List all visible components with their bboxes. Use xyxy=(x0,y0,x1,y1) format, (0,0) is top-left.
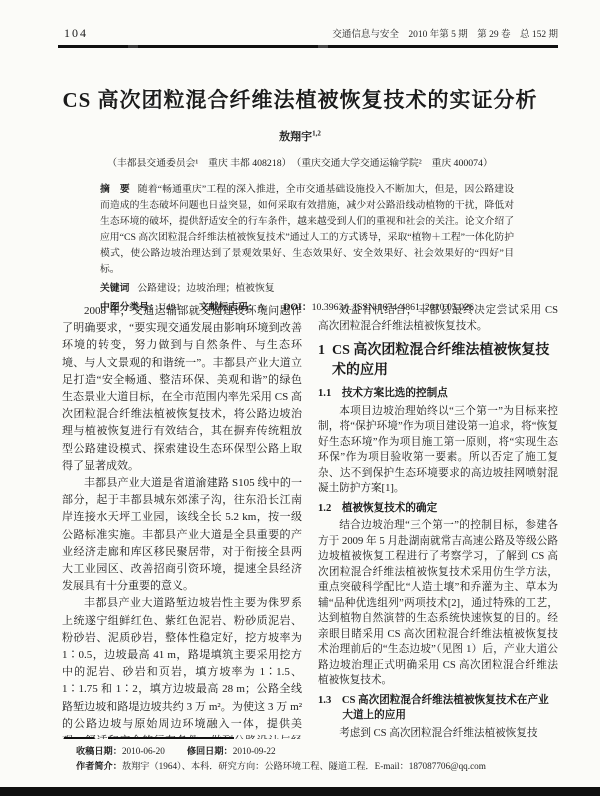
author-name: 敖翔宇 xyxy=(279,131,312,143)
two-column-body: 2008 年，交通运输部就交通建设环境问题作了明确要求，“要实现交通发展由影响环… xyxy=(62,303,558,739)
abstract-paragraph: 摘 要随着“畅通重庆”工程的深入推进，全市交通基础设施投入不断加大，但是，因公路… xyxy=(100,182,514,278)
subsection-1-1-heading: 1.1 技术方案比选的控制点 xyxy=(318,386,558,402)
section-1-title: CS 高次团粒混合纤维法植被恢复技术的应用 xyxy=(332,341,558,381)
abstract-text: 随着“畅通重庆”工程的深入推进，全市交通基础设施投入不断加大，但是，因公路建设而… xyxy=(100,184,514,275)
subsection-1-3-text: 考虑到 CS 高次团粒混合纤维法植被恢复技 xyxy=(318,726,558,740)
footnote-divider xyxy=(64,737,234,739)
subsection-1-1-text: 本项目边坡治理始终以“三个第一”为目标来控制，将“保护环境”作为项目建设第一追求… xyxy=(318,404,558,497)
front-matter: 摘 要随着“畅通重庆”工程的深入推进，全市交通基础设施投入不断加大，但是，因公路… xyxy=(100,182,514,316)
page-header: 104 交通信息与安全 2010 年第 5 期 第 29 卷 总 152 期 xyxy=(64,26,558,41)
subsection-1-3-heading: 1.3 CS 高次团粒混合纤维法植被恢复技术在产业大道上的应用 xyxy=(318,693,558,724)
section-1-number: 1 xyxy=(318,341,325,381)
page-number: 104 xyxy=(64,26,88,41)
keywords-line: 关键词公路建设；边坡治理；植被恢复 xyxy=(100,281,514,297)
subsection-1-2-text: 结合边坡治理“三个第一”的控制目标，参建各方于 2009 年 5 月赴湖南就常吉… xyxy=(318,518,558,689)
received-date: 2010-06-20 xyxy=(122,746,165,756)
article-title: CS 高次团粒混合纤维法植被恢复技术的实证分析 xyxy=(0,84,600,114)
revised-date: 2010-09-22 xyxy=(233,746,276,756)
body-paragraph: 丰都县产业大道路堑边坡岩性主要为侏罗系上统遂宁组鲜红色、紫红色泥岩、粉砂质泥岩、… xyxy=(62,595,302,739)
revised-label: 修回日期： xyxy=(187,746,233,756)
body-paragraph: 丰都县产业大道是省道渝建路 S105 线中的一部分，起于丰都县城东郊溹子沟，往东… xyxy=(62,475,302,595)
footnote-block: 收稿日期：2010-06-20修回日期：2010-09-22 作者简介：敖翔宇（… xyxy=(76,744,546,774)
subsection-1-2-heading: 1.2 植被恢复技术的确定 xyxy=(318,501,558,517)
left-column: 2008 年，交通运输部就交通建设环境问题作了明确要求，“要实现交通发展由影响环… xyxy=(62,303,302,739)
affiliations-line: （丰都县交通委员会¹ 重庆 丰都 408218） （重庆交通大学交通运输学院² … xyxy=(0,155,600,169)
body-paragraph-continuation: 效益有机结合，丰都县最终决定尝试采用 CS 高次团粒混合纤维法植被恢复技术。 xyxy=(318,303,558,334)
section-1-heading: 1 CS 高次团粒混合纤维法植被恢复技术的应用 xyxy=(318,341,558,381)
dates-line: 收稿日期：2010-06-20修回日期：2010-09-22 xyxy=(76,744,546,759)
author-bio-line: 作者简介：敖翔宇（1964）、本科．研究方向：公路环境工程、隧道工程．E-mai… xyxy=(76,759,546,774)
received-label: 收稿日期： xyxy=(76,746,122,756)
body-paragraph: 2008 年，交通运输部就交通建设环境问题作了明确要求，“要实现交通发展由影响环… xyxy=(62,303,302,475)
right-column: 效益有机结合，丰都县最终决定尝试采用 CS 高次团粒混合纤维法植被恢复技术。 1… xyxy=(318,303,558,739)
journal-page: 104 交通信息与安全 2010 年第 5 期 第 29 卷 总 152 期 C… xyxy=(0,0,600,796)
journal-issue-info: 交通信息与安全 2010 年第 5 期 第 29 卷 总 152 期 xyxy=(332,26,558,40)
author-bio-text: 敖翔宇（1964）、本科．研究方向：公路环境工程、隧道工程．E-mail：187… xyxy=(122,761,486,771)
author-line: 敖翔宇1,2 xyxy=(0,128,600,144)
scan-bottom-bar xyxy=(0,787,600,796)
abstract-label: 摘 要 xyxy=(100,184,130,195)
author-affiliation-superscript: 1,2 xyxy=(312,129,321,137)
header-divider xyxy=(58,45,558,48)
keywords-text: 公路建设；边坡治理；植被恢复 xyxy=(137,283,274,294)
keywords-label: 关键词 xyxy=(100,283,129,294)
author-bio-label: 作者简介： xyxy=(76,761,122,771)
